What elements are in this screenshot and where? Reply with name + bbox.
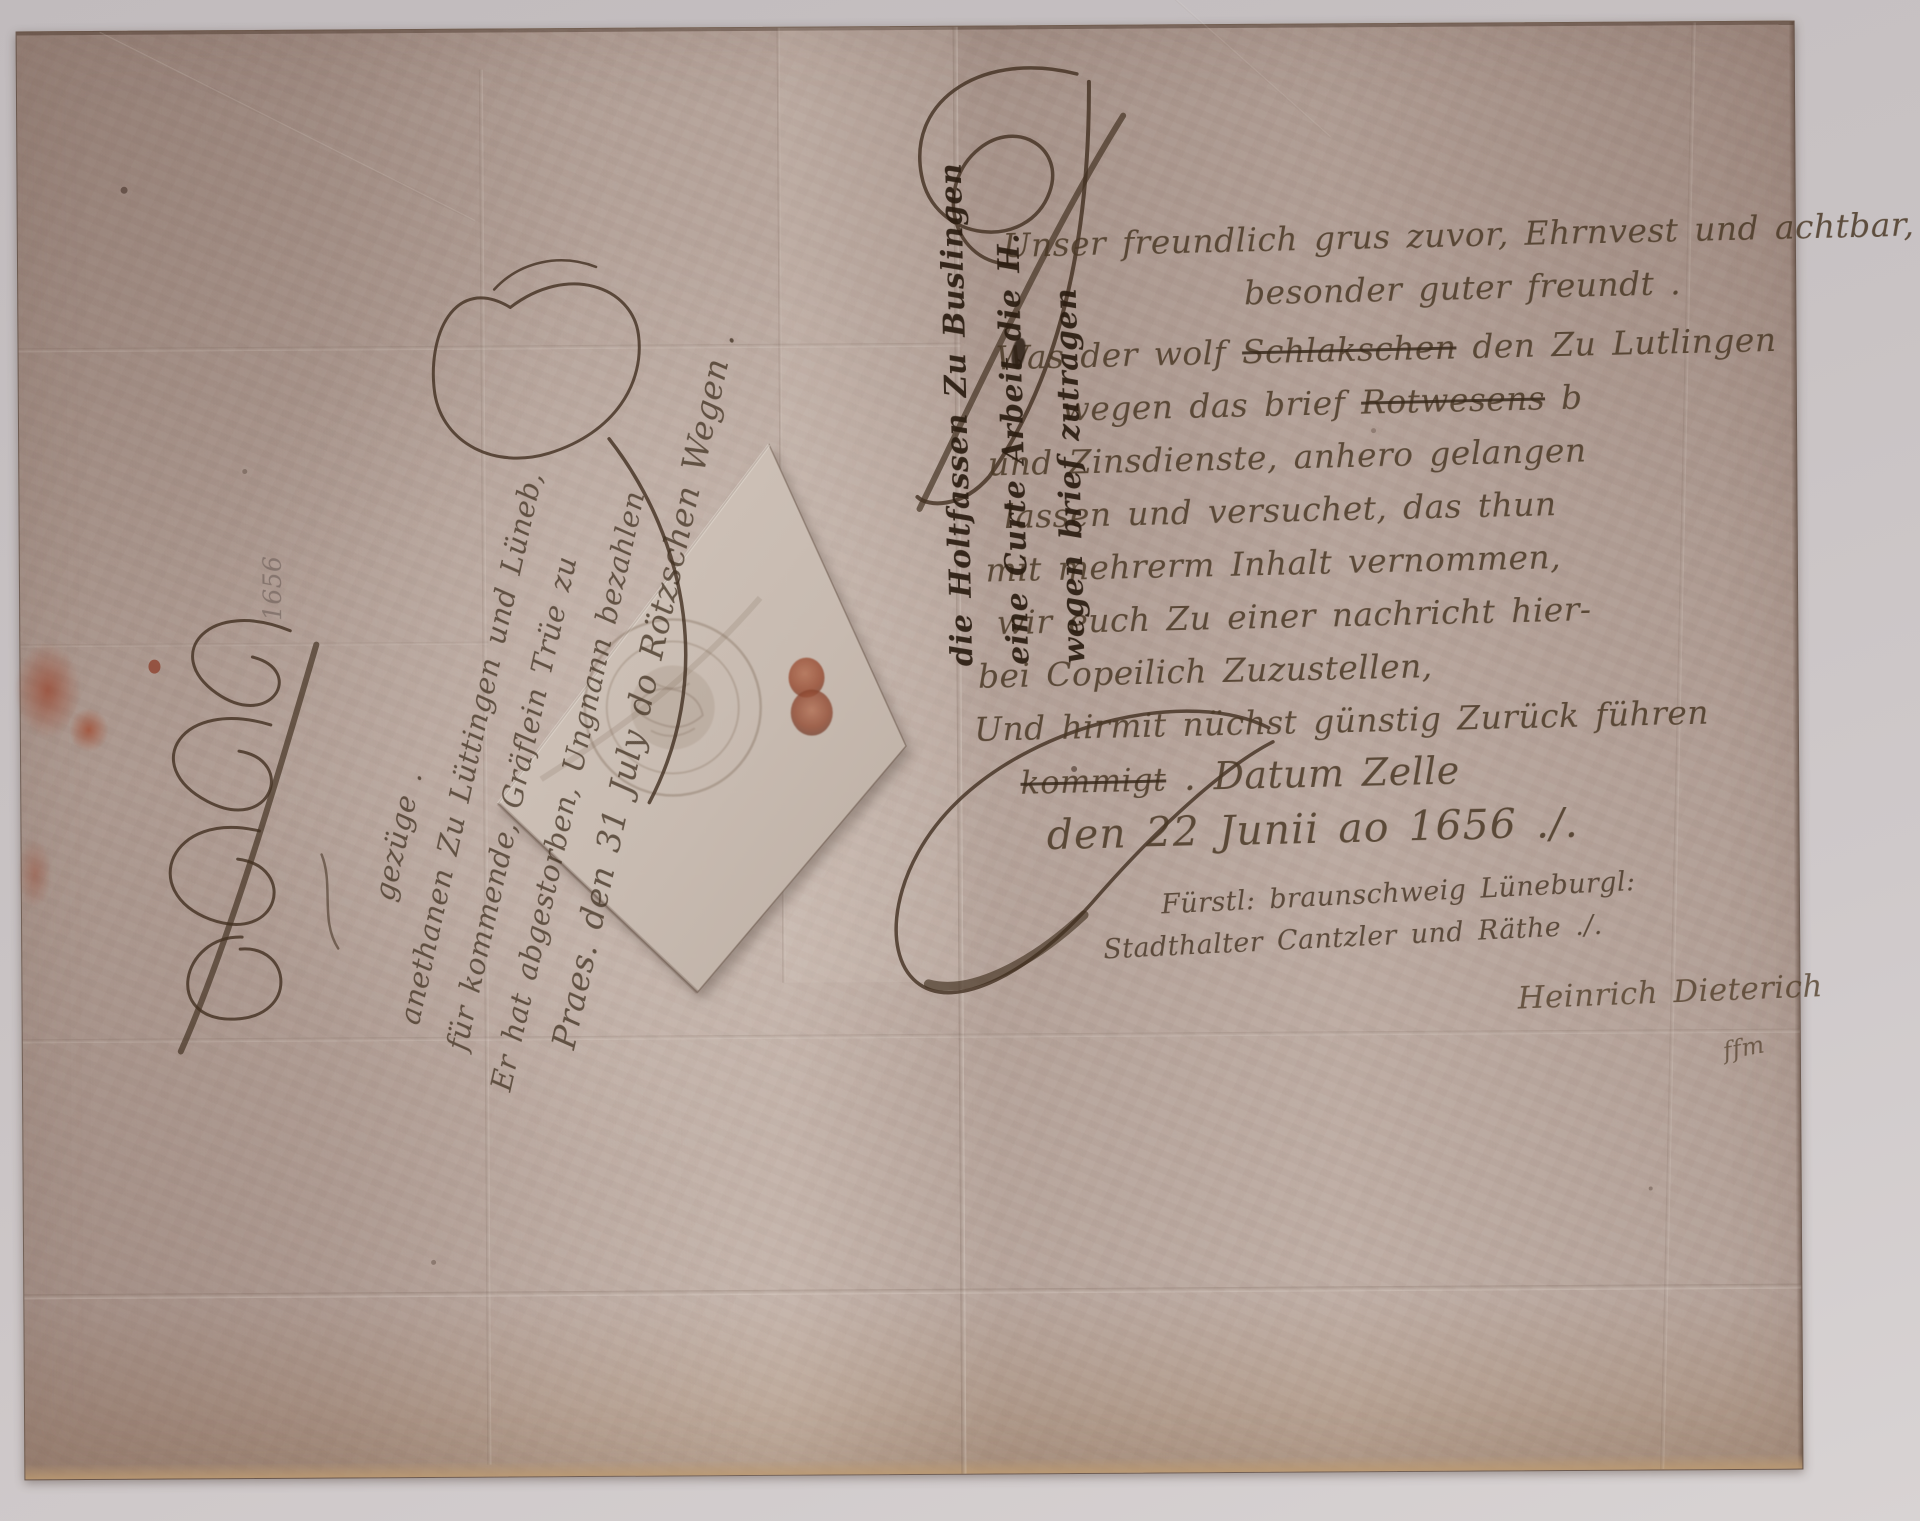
closing-lines: Fürstl: braunschweig Lüneburgl: Stadthal… — [1100, 861, 1638, 971]
signature-paraph: ffm — [1721, 1030, 1767, 1065]
fold-crease-horizontal — [24, 1284, 1801, 1300]
wax-stain — [69, 708, 109, 752]
paper-speck — [1649, 1186, 1653, 1190]
wrinkle-crease — [99, 32, 475, 222]
handwritten-line: die Holtfassen Zu Buslingen — [926, 246, 992, 667]
paper-speck — [431, 1260, 436, 1265]
letter-paper: Unser freundlich grus zuvor, Ehrnvest un… — [16, 21, 1804, 1481]
handwritten-line: eine Curte Arbeit die H. — [982, 244, 1048, 665]
photograph-of-letter: Unser freundlich grus zuvor, Ehrnvest un… — [0, 0, 1920, 1521]
paper-speck — [121, 187, 128, 194]
wax-stain — [148, 660, 160, 674]
fold-crease-horizontal — [23, 1029, 1800, 1044]
paper-bottom-edge — [25, 1454, 1802, 1480]
monogram-flourish — [120, 604, 353, 1065]
wax-stain — [14, 642, 81, 738]
year-note: 1656 — [258, 556, 287, 621]
wrinkle-crease — [1143, 0, 1331, 138]
handwritten-line: wegen brief zutragen — [1038, 243, 1104, 664]
signature: Heinrich Dieterich — [1517, 968, 1824, 1016]
wax-stain — [18, 838, 52, 908]
vertical-docket-annotation: wegen brief zutragen eine Curte Arbeit d… — [926, 243, 1104, 667]
paper-speck — [242, 469, 247, 474]
